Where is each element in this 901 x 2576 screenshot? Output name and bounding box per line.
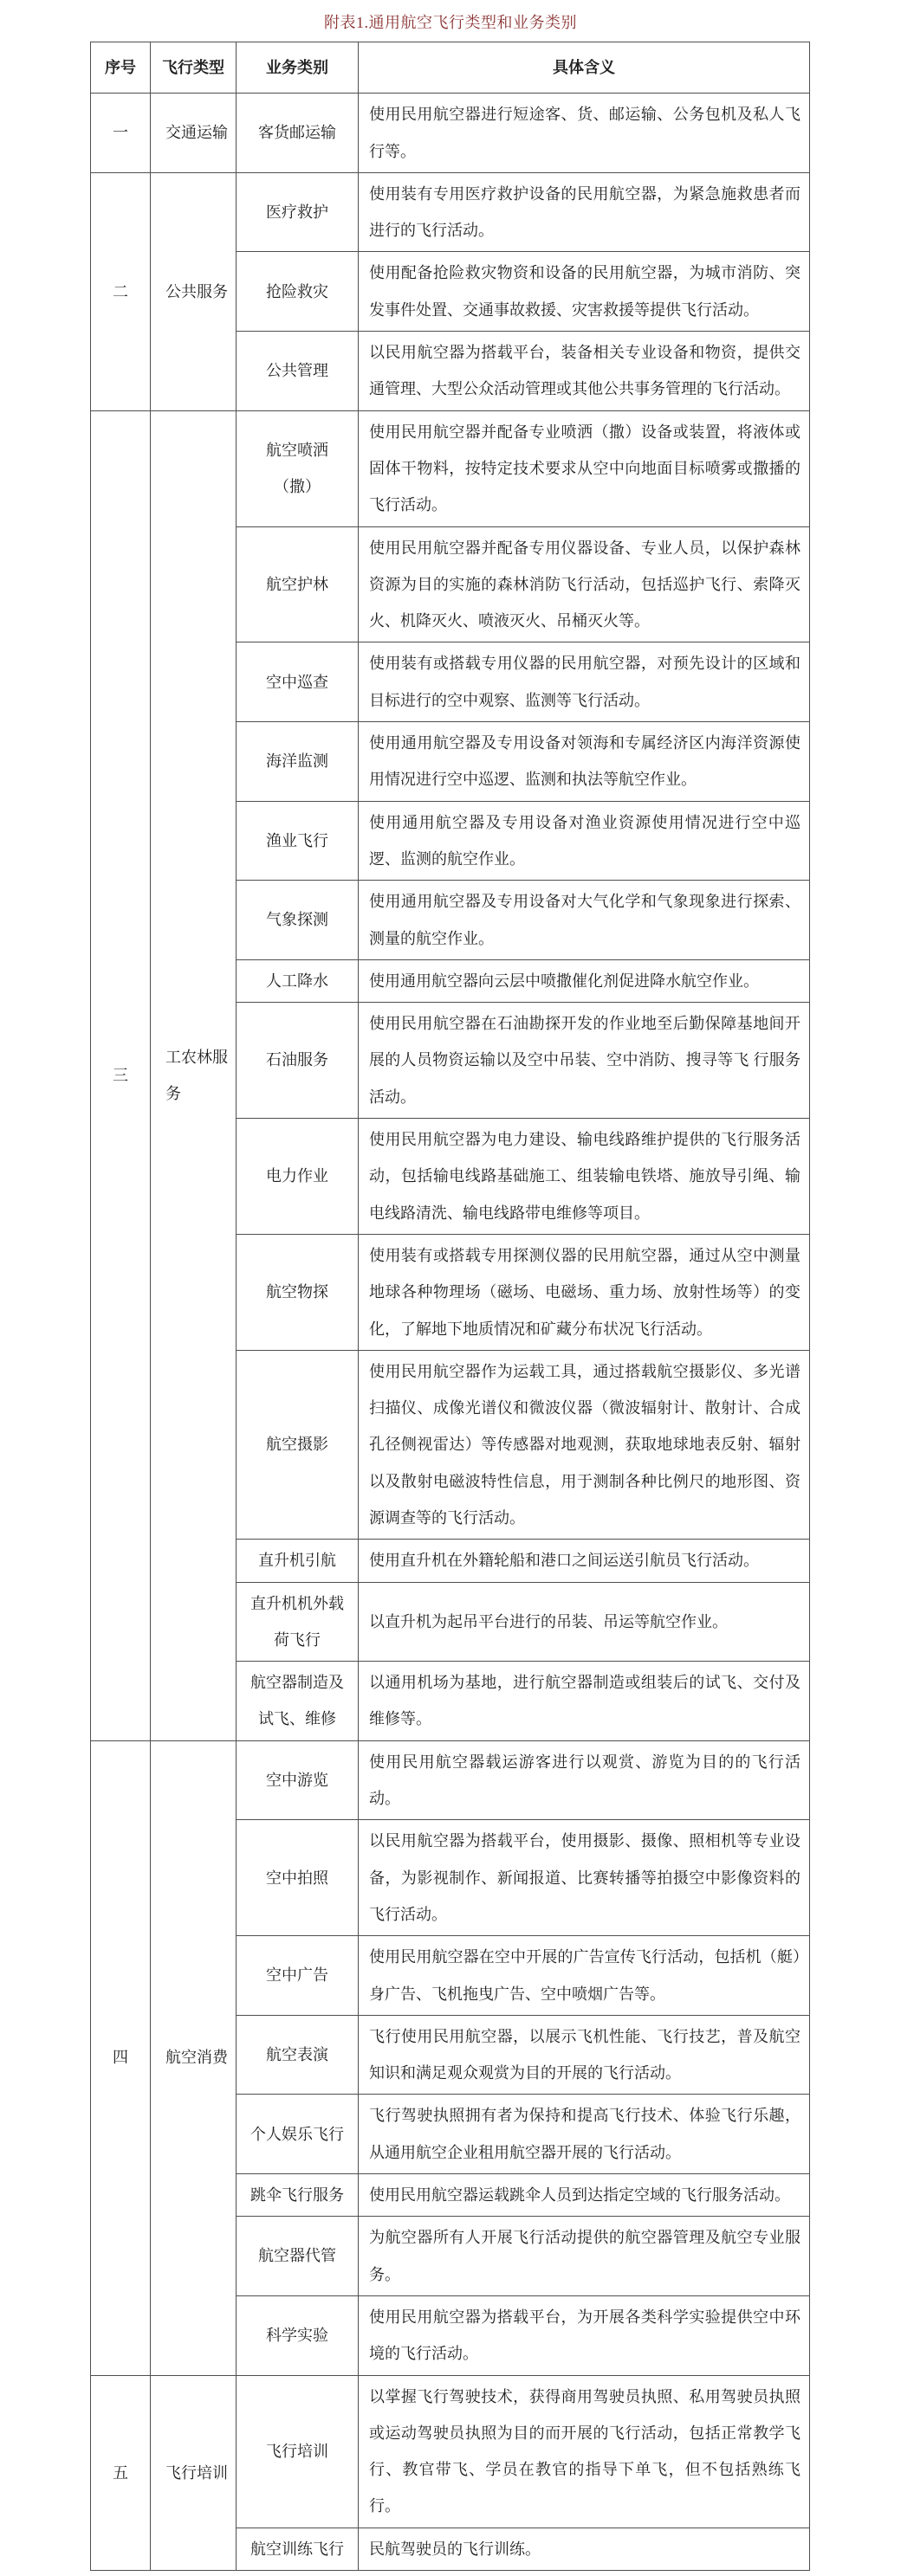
meaning-cell: 使用民用航空器为搭载平台，为开展各类科学实验提供空中环境的飞行活动。 [359, 2295, 810, 2375]
meaning-cell: 使用装有或搭载专用仪器的民用航空器，对预先设计的区域和目标进行的空中观察、监测等… [359, 642, 810, 722]
meaning-cell: 使用配备抢险救灾物资和设备的民用航空器，为城市消防、突发事件处置、交通事故救援、… [359, 252, 810, 332]
business-category-cell: 公共管理 [237, 332, 359, 411]
meaning-cell: 使用民用航空器作为运载工具，通过搭载航空摄影仪、多光谱扫描仪、成像光谱仪和微波仪… [359, 1350, 810, 1539]
meaning-cell: 为航空器所有人开展飞行活动提供的航空器管理及航空专业服务。 [359, 2217, 810, 2296]
flight-type-cell: 飞行培训 [151, 2375, 237, 2570]
column-header: 序号 [91, 42, 151, 94]
business-category-cell: 个人娱乐飞行 [237, 2095, 359, 2174]
meaning-cell: 以通用机场为基地，进行航空器制造或组装后的试飞、交付及维修等。 [359, 1662, 810, 1741]
meaning-cell: 使用民用航空器载运游客进行以观赏、游览为目的的飞行活动。 [359, 1740, 810, 1820]
business-category-cell: 气象探测 [237, 881, 359, 960]
table-row: 三工农林服务航空喷洒 （撒）使用民用航空器并配备专业喷洒（撒）设备或装置，将液体… [91, 410, 810, 526]
meaning-cell: 以民用航空器为搭载平台，装备相关专业设备和物资，提供交通管理、大型公众活动管理或… [359, 332, 810, 411]
meaning-cell: 使用民用航空器在石油勘探开发的作业地至后勤保障基地间开展的人员物资运输以及空中吊… [359, 1003, 810, 1119]
general-aviation-flight-types-table: 序号飞行类型业务类别具体含义 一交通运输客货邮运输使用民用航空器进行短途客、货、… [90, 42, 810, 2571]
meaning-cell: 使用民用航空器进行短途客、货、邮运输、公务包机及私人飞行等。 [359, 94, 810, 173]
business-category-cell: 电力作业 [237, 1119, 359, 1235]
meaning-cell: 使用民用航空器并配备专业喷洒（撒）设备或装置，将液体或固体干物料，按特定技术要求… [359, 410, 810, 526]
table-row: 一交通运输客货邮运输使用民用航空器进行短途客、货、邮运输、公务包机及私人飞行等。 [91, 94, 810, 173]
business-category-cell: 跳伞飞行服务 [237, 2174, 359, 2217]
business-category-cell: 空中广告 [237, 1936, 359, 2016]
column-header: 具体含义 [359, 42, 810, 94]
meaning-cell: 使用通用航空器及专用设备对大气化学和气象现象进行探索、测量的航空作业。 [359, 881, 810, 960]
section-index-cell: 二 [91, 172, 151, 410]
business-category-cell: 医疗救护 [237, 172, 359, 252]
flight-type-cell: 交通运输 [151, 94, 237, 173]
business-category-cell: 航空训练飞行 [237, 2528, 359, 2570]
business-category-cell: 人工降水 [237, 959, 359, 1002]
meaning-cell: 使用通用航空器向云层中喷撒催化剂促进降水航空作业。 [359, 959, 810, 1002]
meaning-cell: 使用民用航空器为电力建设、输电线路维护提供的飞行服务活动，包括输电线路基础施工、… [359, 1119, 810, 1235]
business-category-cell: 渔业飞行 [237, 801, 359, 881]
flight-type-cell: 航空消费 [151, 1740, 237, 2375]
business-category-cell: 航空物探 [237, 1234, 359, 1350]
business-category-cell: 直升机引航 [237, 1540, 359, 1582]
section-index-cell: 三 [91, 410, 151, 1740]
meaning-cell: 以直升机为起吊平台进行的吊装、吊运等航空作业。 [359, 1582, 810, 1662]
meaning-cell: 使用装有专用医疗救护设备的民用航空器，为紧急施救患者而进行的飞行活动。 [359, 172, 810, 252]
business-category-cell: 石油服务 [237, 1003, 359, 1119]
business-category-cell: 航空器制造及 试飞、维修 [237, 1662, 359, 1741]
table-header-row: 序号飞行类型业务类别具体含义 [91, 42, 810, 94]
document-title: 附表1.通用航空飞行类型和业务类别 [0, 10, 901, 33]
business-category-cell: 航空护林 [237, 526, 359, 642]
business-category-cell: 航空摄影 [237, 1350, 359, 1539]
business-category-cell: 飞行培训 [237, 2375, 359, 2528]
meaning-cell: 民航驾驶员的飞行训练。 [359, 2528, 810, 2570]
business-category-cell: 空中拍照 [237, 1820, 359, 1936]
meaning-cell: 使用民用航空器在空中开展的广告宣传飞行活动，包括机（艇）身广告、飞机拖曳广告、空… [359, 1936, 810, 2016]
business-category-cell: 抢险救灾 [237, 252, 359, 332]
section-index-cell: 五 [91, 2375, 151, 2570]
business-category-cell: 航空喷洒 （撒） [237, 410, 359, 526]
meaning-cell: 使用通用航空器及专用设备对渔业资源使用情况进行空中巡逻、监测的航空作业。 [359, 801, 810, 881]
business-category-cell: 直升机机外载 荷飞行 [237, 1582, 359, 1662]
business-category-cell: 空中游览 [237, 1740, 359, 1820]
meaning-cell: 使用直升机在外籍轮船和港口之间运送引航员飞行活动。 [359, 1540, 810, 1582]
flight-type-cell: 公共服务 [151, 172, 237, 410]
meaning-cell: 以掌握飞行驾驶技术，获得商用驾驶员执照、私用驾驶员执照或运动驾驶员执照为目的而开… [359, 2375, 810, 2528]
section-index-cell: 一 [91, 94, 151, 173]
column-header: 飞行类型 [151, 42, 237, 94]
flight-type-cell: 工农林服务 [151, 410, 237, 1740]
table-body: 一交通运输客货邮运输使用民用航空器进行短途客、货、邮运输、公务包机及私人飞行等。… [91, 94, 810, 2571]
meaning-cell: 使用装有或搭载专用探测仪器的民用航空器，通过从空中测量地球各种物理场（磁场、电磁… [359, 1234, 810, 1350]
section-index-cell: 四 [91, 1740, 151, 2375]
meaning-cell: 使用民用航空器并配备专用仪器设备、专业人员，以保护森林资源为目的实施的森林消防飞… [359, 526, 810, 642]
meaning-cell: 使用通用航空器及专用设备对领海和专属经济区内海洋资源使用情况进行空中巡逻、监测和… [359, 722, 810, 802]
business-category-cell: 客货邮运输 [237, 94, 359, 173]
meaning-cell: 使用民用航空器运载跳伞人员到达指定空域的飞行服务活动。 [359, 2174, 810, 2217]
column-header: 业务类别 [237, 42, 359, 94]
business-category-cell: 航空器代管 [237, 2217, 359, 2296]
document-page: 附表1.通用航空飞行类型和业务类别 序号飞行类型业务类别具体含义 一交通运输客货… [0, 0, 901, 2576]
business-category-cell: 航空表演 [237, 2015, 359, 2095]
meaning-cell: 飞行驾驶执照拥有者为保持和提高飞行技术、体验飞行乐趣，从通用航空企业租用航空器开… [359, 2095, 810, 2174]
business-category-cell: 空中巡查 [237, 642, 359, 722]
business-category-cell: 海洋监测 [237, 722, 359, 802]
table-row: 二公共服务医疗救护使用装有专用医疗救护设备的民用航空器，为紧急施救患者而进行的飞… [91, 172, 810, 252]
table-row: 四航空消费空中游览使用民用航空器载运游客进行以观赏、游览为目的的飞行活动。 [91, 1740, 810, 1820]
business-category-cell: 科学实验 [237, 2295, 359, 2375]
meaning-cell: 飞行使用民用航空器，以展示飞机性能、飞行技艺，普及航空知识和满足观众观赏为目的开… [359, 2015, 810, 2095]
meaning-cell: 以民用航空器为搭载平台，使用摄影、摄像、照相机等专业设备，为影视制作、新闻报道、… [359, 1820, 810, 1936]
table-row: 五飞行培训飞行培训以掌握飞行驾驶技术，获得商用驾驶员执照、私用驾驶员执照或运动驾… [91, 2375, 810, 2528]
